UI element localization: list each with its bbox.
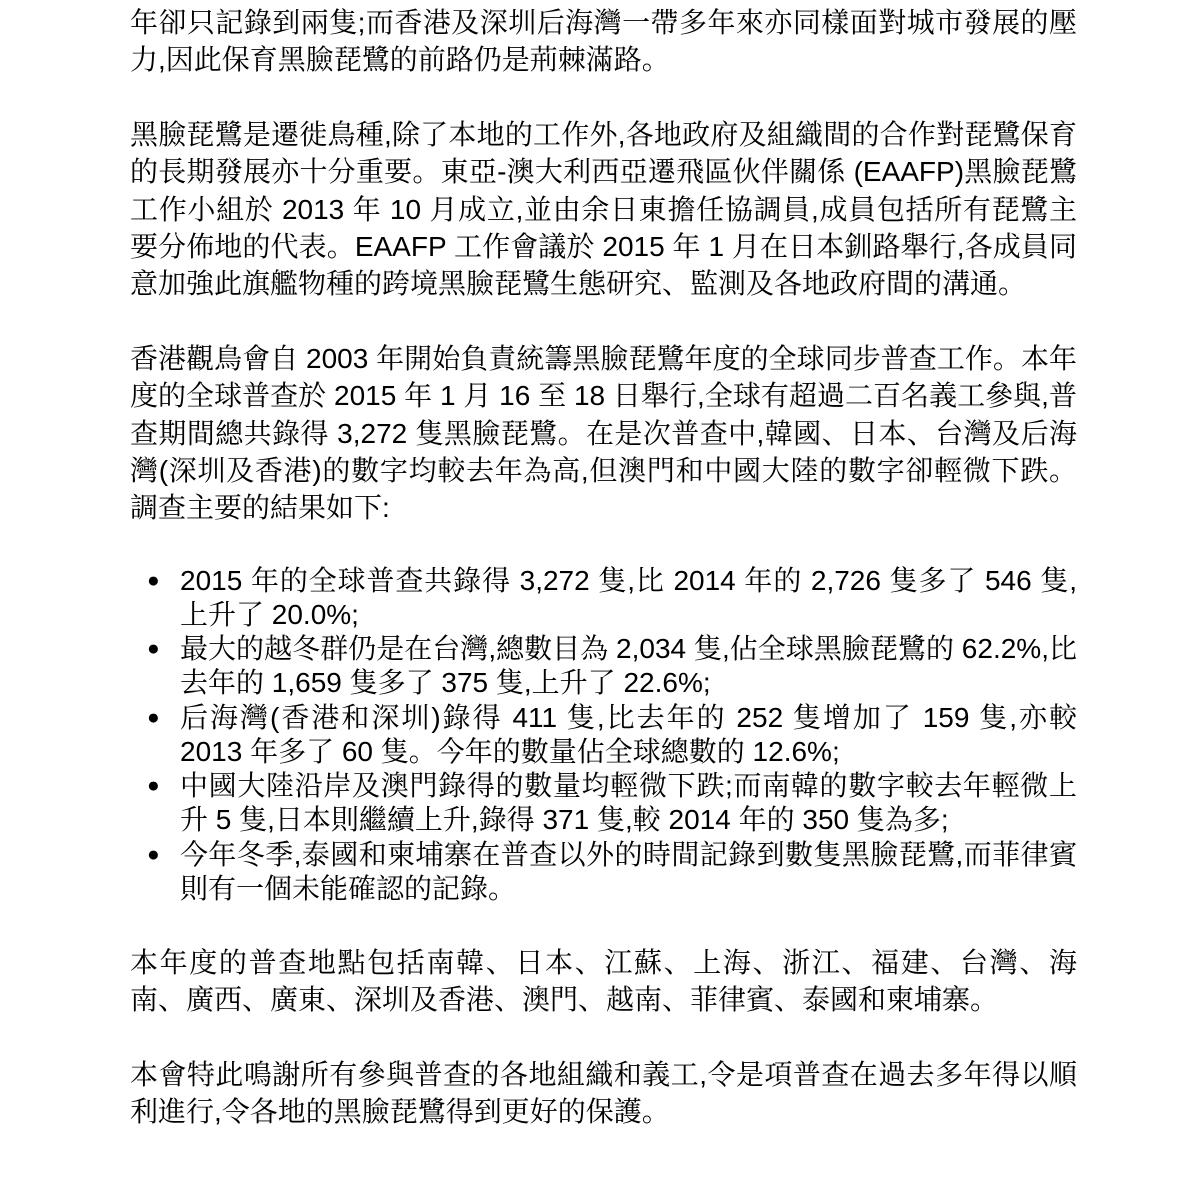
intro-paragraphs: 年卻只記錄到兩隻;而香港及深圳后海灣一帶多年來亦同樣面對城市發展的壓力,因此保育… xyxy=(130,4,1077,527)
bullet-text: 最大的越冬群仍是在台灣,總數目為 2,034 隻,佔全球黑臉琵鷺的 62.2%,… xyxy=(180,632,1077,700)
body-paragraph: 本會特此鳴謝所有參與普查的各地組織和義工,令是項普查在過去多年得以順利進行,令各… xyxy=(130,1056,1077,1131)
body-paragraph: 年卻只記錄到兩隻;而香港及深圳后海灣一帶多年來亦同樣面對城市發展的壓力,因此保育… xyxy=(130,4,1077,79)
bullet-item: ●2015 年的全球普查共錄得 3,272 隻,比 2014 年的 2,726 … xyxy=(147,564,1077,632)
survey-results-list: ●2015 年的全球普查共錄得 3,272 隻,比 2014 年的 2,726 … xyxy=(130,564,1077,906)
bullet-item: ●后海灣(香港和深圳)錄得 411 隻,比去年的 252 隻增加了 159 隻,… xyxy=(147,701,1077,769)
body-paragraph: 本年度的普查地點包括南韓、日本、江蘇、上海、浙江、福建、台灣、海南、廣西、廣東、… xyxy=(130,944,1077,1019)
bullet-text: 中國大陸沿岸及澳門錄得的數量均輕微下跌;而南韓的數字較去年輕微上升 5 隻,日本… xyxy=(180,769,1077,837)
bullet-text: 2015 年的全球普查共錄得 3,272 隻,比 2014 年的 2,726 隻… xyxy=(180,564,1077,632)
bullet-icon: ● xyxy=(147,701,180,735)
bullet-icon: ● xyxy=(147,632,180,666)
bullet-item: ●中國大陸沿岸及澳門錄得的數量均輕微下跌;而南韓的數字較去年輕微上升 5 隻,日… xyxy=(147,769,1077,837)
body-paragraph: 香港觀鳥會自 2003 年開始負責統籌黑臉琵鷺年度的全球同步普查工作。本年度的全… xyxy=(130,340,1077,527)
bullet-text: 后海灣(香港和深圳)錄得 411 隻,比去年的 252 隻增加了 159 隻,亦… xyxy=(180,701,1077,769)
bullet-item: ●今年冬季,泰國和柬埔寨在普查以外的時間記錄到數隻黑臉琵鷺,而菲律賓則有一個未能… xyxy=(147,838,1077,906)
bullet-icon: ● xyxy=(147,838,180,872)
bullet-item: ●最大的越冬群仍是在台灣,總數目為 2,034 隻,佔全球黑臉琵鷺的 62.2%… xyxy=(147,632,1077,700)
bullet-icon: ● xyxy=(147,564,180,598)
bullet-icon: ● xyxy=(147,769,180,803)
closing-paragraphs: 本年度的普查地點包括南韓、日本、江蘇、上海、浙江、福建、台灣、海南、廣西、廣東、… xyxy=(130,944,1077,1131)
document-page: 年卻只記錄到兩隻;而香港及深圳后海灣一帶多年來亦同樣面對城市發展的壓力,因此保育… xyxy=(0,0,1200,1177)
bullet-text: 今年冬季,泰國和柬埔寨在普查以外的時間記錄到數隻黑臉琵鷺,而菲律賓則有一個未能確… xyxy=(180,838,1077,906)
body-paragraph: 黑臉琵鷺是遷徙鳥種,除了本地的工作外,各地政府及組織間的合作對琵鷺保育的長期發展… xyxy=(130,116,1077,303)
